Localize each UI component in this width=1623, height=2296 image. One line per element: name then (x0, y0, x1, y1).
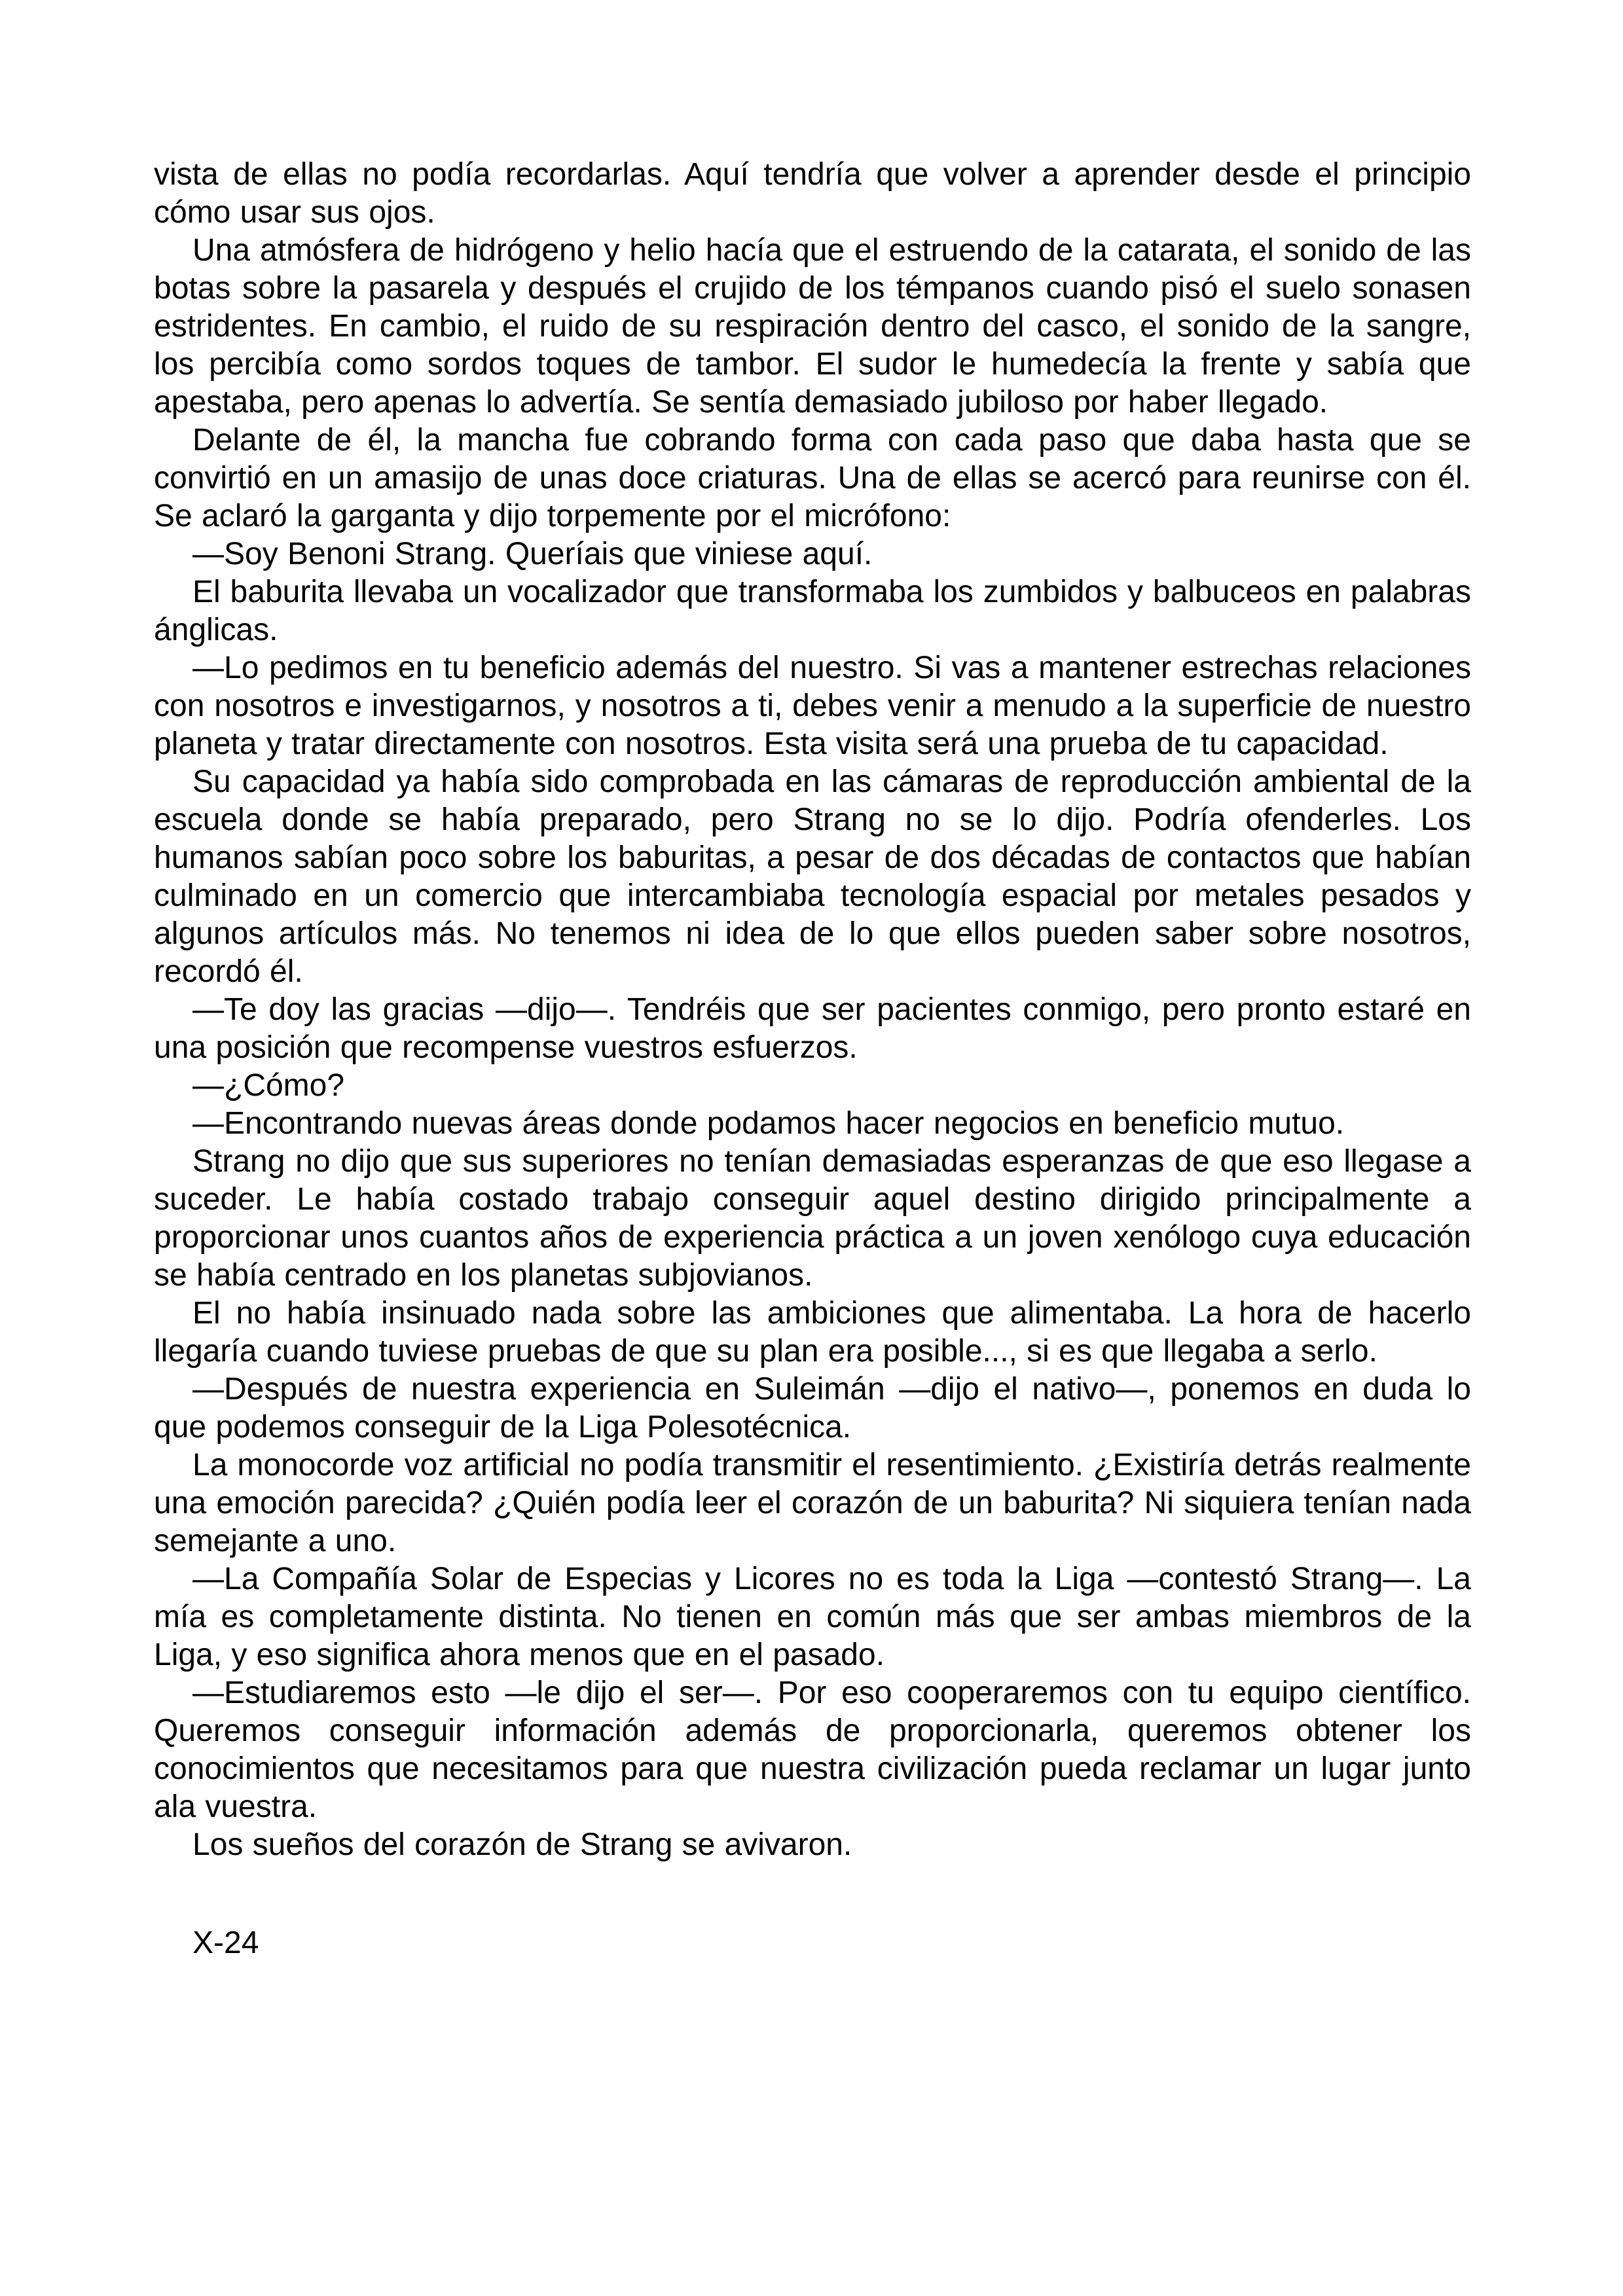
paragraph: Delante de él, la mancha fue cobrando fo… (154, 422, 1471, 535)
page-number: X-24 (192, 1924, 1471, 1962)
paragraph: Strang no dijo que sus superiores no ten… (154, 1143, 1471, 1295)
paragraph: Su capacidad ya había sido comprobada en… (154, 763, 1471, 991)
paragraph: vista de ellas no podía recordarlas. Aqu… (154, 156, 1471, 232)
paragraph-dialogue: —Lo pedimos en tu beneficio además del n… (154, 649, 1471, 763)
paragraph: La monocorde voz artificial no podía tra… (154, 1446, 1471, 1560)
paragraph: Los sueños del corazón de Strang se aviv… (154, 1826, 1471, 1864)
paragraph: Una atmósfera de hidrógeno y helio hacía… (154, 232, 1471, 422)
paragraph-dialogue: —Soy Benoni Strang. Queríais que viniese… (154, 535, 1471, 573)
paragraph-dialogue: —Estudiaremos esto —le dijo el ser—. Por… (154, 1674, 1471, 1826)
paragraph-dialogue: —La Compañía Solar de Especias y Licores… (154, 1560, 1471, 1674)
paragraph-dialogue: —Después de nuestra experiencia en Sulei… (154, 1371, 1471, 1446)
paragraph: El no había insinuado nada sobre las amb… (154, 1295, 1471, 1371)
paragraph-dialogue: —¿Cómo? (154, 1067, 1471, 1105)
page-body-text: vista de ellas no podía recordarlas. Aqu… (154, 156, 1471, 1864)
paragraph: El baburita llevaba un vocalizador que t… (154, 573, 1471, 649)
paragraph-dialogue: —Te doy las gracias —dijo—. Tendréis que… (154, 991, 1471, 1067)
document-page: vista de ellas no podía recordarlas. Aqu… (0, 0, 1623, 2296)
paragraph-dialogue: —Encontrando nuevas áreas donde podamos … (154, 1105, 1471, 1143)
